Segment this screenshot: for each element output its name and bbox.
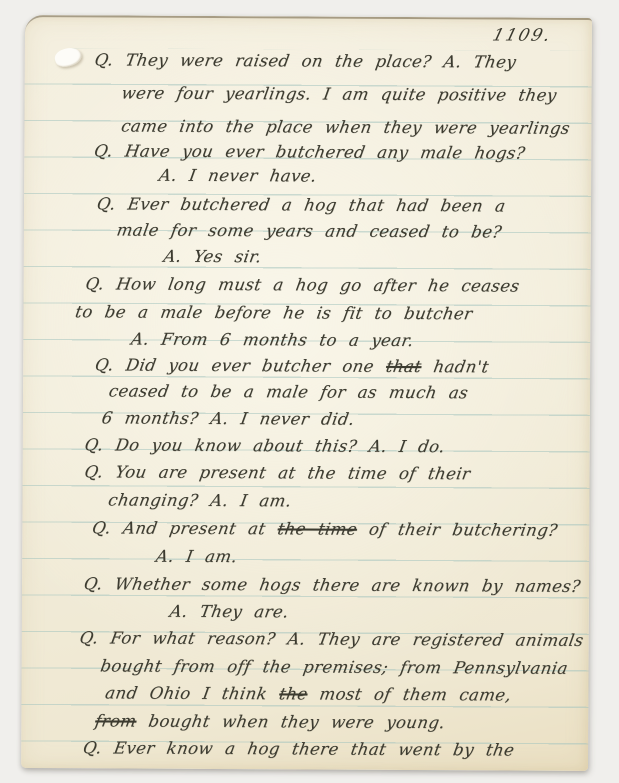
- handwritten-text: Q. Ever butchered a hog that had been a: [95, 194, 507, 215]
- handwritten-text: male for some years and ceased to be?: [115, 220, 503, 241]
- handwritten-line: A. They are.: [170, 602, 289, 622]
- handwritten-text: Q. They were raised on the place? A. The…: [93, 50, 517, 71]
- handwritten-line: Q. How long must a hog go after he cease…: [86, 274, 520, 295]
- handwritten-line: A. I am.: [156, 547, 237, 566]
- handwritten-line: came into the place when they were yearl…: [121, 117, 570, 138]
- handwritten-text: hadn't: [432, 357, 490, 376]
- handwritten-text: Q. For what reason? A. They are register…: [78, 628, 585, 650]
- handwritten-line: A. Yes sir.: [164, 247, 262, 267]
- handwritten-line: ceased to be a male for as much as: [109, 381, 468, 402]
- handwritten-line: Q. Have you ever butchered any male hogs…: [94, 141, 525, 162]
- handwritten-text: Q. Did you ever butcher one: [94, 355, 376, 375]
- scan-background: 1109. Q. They were raised on the place? …: [0, 0, 619, 783]
- handwritten-text: Q. Have you ever butchered any male hogs…: [93, 141, 527, 162]
- handwritten-text: A. From 6 months to a year.: [130, 330, 416, 350]
- handwritten-line: Q. Ever know a hog there that went by th…: [83, 738, 514, 759]
- handwritten-line: A. I never have.: [159, 166, 317, 186]
- handwritten-line: Q. Do you know about this? A. I do.: [85, 435, 445, 456]
- handwritten-text: ceased to be a male for as much as: [107, 381, 469, 402]
- handwritten-line: to be a male before he is fit to butcher: [75, 302, 472, 323]
- handwritten-line: male for some years and ceased to be?: [117, 220, 502, 241]
- handwritten-text: Q. Ever know a hog there that went by th…: [82, 738, 516, 759]
- handwritten-text: bought from off the premises; from Penns…: [99, 656, 569, 677]
- handwritten-line: Q. They were raised on the place? A. The…: [95, 50, 516, 71]
- handwriting-layer: Q. They were raised on the place? A. The…: [21, 17, 592, 771]
- handwritten-line: 6 months? A. I never did.: [102, 408, 355, 428]
- handwritten-text: and Ohio I think: [104, 683, 269, 703]
- struck-word: that: [385, 357, 423, 376]
- handwritten-text: changing? A. I am.: [107, 490, 293, 510]
- handwritten-line: and Ohio I think the most of them came,: [105, 683, 511, 704]
- handwritten-line: bought from off the premises; from Penns…: [101, 656, 568, 677]
- handwritten-line: changing? A. I am.: [108, 490, 291, 510]
- handwritten-text: Q. Do you know about this? A. I do.: [83, 435, 446, 456]
- handwritten-text: came into the place when they were yearl…: [120, 117, 572, 138]
- handwritten-line: Q. Ever butchered a hog that had been a: [97, 194, 506, 215]
- handwritten-text: A. Yes sir.: [162, 247, 263, 266]
- handwritten-text: most of them came,: [318, 685, 513, 705]
- handwritten-line: A. From 6 months to a year.: [131, 330, 414, 350]
- handwritten-text: bought when they were young.: [147, 712, 447, 733]
- handwritten-text: A. I never have.: [158, 166, 319, 186]
- handwritten-line: Q. For what reason? A. They are register…: [80, 628, 584, 650]
- handwritten-text: A. They are.: [168, 602, 290, 622]
- handwritten-line: Q. Did you ever butcher one that hadn't: [95, 355, 489, 376]
- handwritten-text: were four yearlings. I am quite positive…: [120, 84, 558, 105]
- handwritten-text: to be a male before he is fit to butcher: [74, 302, 474, 323]
- struck-word: from: [94, 711, 138, 730]
- handwritten-text: A. I am.: [155, 547, 239, 566]
- struck-word: the: [278, 684, 309, 703]
- handwritten-line: were four yearlings. I am quite positive…: [122, 84, 557, 105]
- handwritten-text: Q. Whether some hogs there are known by …: [82, 574, 582, 596]
- struck-word: the time: [276, 519, 358, 538]
- notebook-page: 1109. Q. They were raised on the place? …: [21, 15, 592, 771]
- handwritten-text: Q. How long must a hog go after he cease…: [84, 274, 521, 295]
- handwritten-text: 6 months? A. I never did.: [100, 408, 356, 428]
- handwritten-text: of their butchering?: [368, 520, 559, 540]
- handwritten-text: Q. And present at: [91, 518, 267, 538]
- handwritten-line: from bought when they were young.: [95, 711, 445, 732]
- handwritten-text: Q. You are present at the time of their: [83, 462, 472, 483]
- handwritten-line: Q. You are present at the time of their: [85, 462, 471, 483]
- handwritten-line: Q. And present at the time of their butc…: [92, 518, 557, 539]
- handwritten-line: Q. Whether some hogs there are known by …: [84, 574, 581, 596]
